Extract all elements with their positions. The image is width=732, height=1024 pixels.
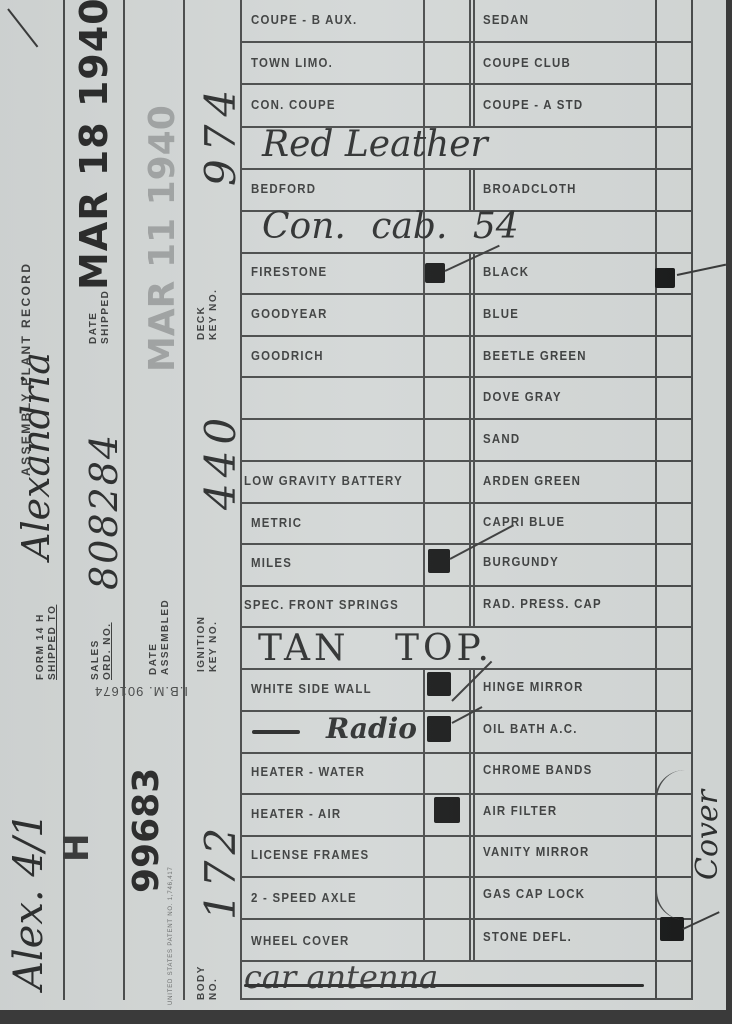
handwritten-upholstery: Red Leather xyxy=(262,124,488,165)
option-left-label: TOWN LIMO. xyxy=(251,55,333,70)
row-line xyxy=(240,998,693,1000)
strikethrough-mark xyxy=(252,730,300,734)
print-code-value: I.B.M. 901674 xyxy=(94,684,188,699)
row-line xyxy=(240,710,693,712)
serial-number: 99683 xyxy=(126,768,167,893)
right-margin-bracket xyxy=(655,770,687,920)
center-divider-a3 xyxy=(469,252,471,626)
option-left-label: FIRESTONE xyxy=(251,264,327,279)
option-left-label: COUPE - B AUX. xyxy=(251,12,357,27)
punch-mark-white-side-wall xyxy=(427,672,451,696)
option-right-label: BLACK xyxy=(483,264,529,279)
table-left-border xyxy=(240,0,242,1000)
option-right-label: BURGUNDY xyxy=(483,554,559,569)
row-line xyxy=(240,918,693,920)
center-divider-a xyxy=(469,0,471,126)
punch-mark-radio xyxy=(427,716,451,742)
row-line xyxy=(240,543,693,545)
sales-ord-no-text: 808284 xyxy=(82,433,126,590)
body-no-label: BODY NO. xyxy=(196,965,220,1000)
handwritten-body-type: Con. cab. 54 xyxy=(262,206,519,247)
print-code-text: I.B.M. 901674 xyxy=(94,684,188,699)
punch-mark-miles xyxy=(428,549,450,573)
pen-stroke xyxy=(683,911,720,930)
sales-ord-no-value: 808284 xyxy=(82,433,126,590)
shipped-to-value: Alexandria xyxy=(14,352,58,560)
option-right-label: SAND xyxy=(483,431,520,446)
ignition-key-label-2: KEY NO. xyxy=(208,616,220,672)
center-divider-b xyxy=(473,0,475,126)
options-table: COUPE - B AUX. SEDAN TOWN LIMO. COUPE CL… xyxy=(240,0,693,1000)
deck-key-no-value: 974 xyxy=(196,82,245,186)
option-right-label: DOVE GRAY xyxy=(483,389,562,404)
row-line xyxy=(240,585,693,587)
option-left-label: BEDFORD xyxy=(251,181,316,196)
option-left-label: METRIC xyxy=(251,515,302,530)
deck-key-no-label: DECK KEY NO. xyxy=(196,289,220,340)
row-line xyxy=(240,876,693,878)
row-line xyxy=(240,335,693,337)
option-right-label: RAD. PRESS. CAP xyxy=(483,596,602,611)
row-line xyxy=(240,293,693,295)
option-right-label: OIL BATH A.C. xyxy=(483,721,578,736)
option-right-label: AIR FILTER xyxy=(483,803,557,818)
body-no-value: 172 xyxy=(196,822,245,920)
row-line xyxy=(240,83,693,85)
body-no-label-2: NO. xyxy=(208,965,220,1000)
date-assembled-label-1: DATE xyxy=(148,599,160,675)
form-id-shipped-to-label: FORM 14 H SHIPPED TO xyxy=(35,605,59,680)
row-line xyxy=(240,168,693,170)
option-right-label: SEDAN xyxy=(483,12,529,27)
patent-text-value: UNITED STATES PATENT NO. 1,746,417 xyxy=(168,866,174,1005)
right-margin-note: Cover xyxy=(690,790,725,880)
handwritten-top: TAN TOP. xyxy=(258,628,493,669)
deck-key-no-text: 974 xyxy=(196,82,245,186)
pen-stroke xyxy=(677,264,726,276)
margin-note-text: Alex. 4/1 xyxy=(6,812,52,990)
row-line xyxy=(240,41,693,43)
option-right-label: COUPE - A STD xyxy=(483,97,583,112)
date-assembled-label: DATE ASSEMBLED xyxy=(148,599,172,675)
option-left-label: HEATER - WATER xyxy=(251,764,365,779)
option-left-label: GOODYEAR xyxy=(251,306,328,321)
sales-ord-label-2: ORD. NO. xyxy=(102,622,114,680)
strikethrough-line xyxy=(244,984,644,987)
option-right-label: GAS CAP LOCK xyxy=(483,886,585,901)
punch-mark-black xyxy=(655,268,675,288)
option-right-label: HINGE MIRROR xyxy=(483,679,584,694)
date-shipped-label-1: DATE xyxy=(88,290,100,344)
option-right-label: STONE DEFL. xyxy=(483,929,572,944)
ignition-key-no-label: IGNITION KEY NO. xyxy=(196,616,220,672)
center-divider-b2 xyxy=(473,168,475,210)
ignition-key-label-1: IGNITION xyxy=(196,616,208,672)
option-right-label: CAPRI BLUE xyxy=(483,514,565,529)
center-divider-a2 xyxy=(469,168,471,210)
option-left-label: GOODRICH xyxy=(251,348,324,363)
option-right-label: CHROME BANDS xyxy=(483,762,592,777)
sales-ord-label-1: SALES xyxy=(90,622,102,680)
form-id: FORM 14 H xyxy=(35,605,47,680)
date-assembled-label-2: ASSEMBLED xyxy=(160,599,172,675)
deck-key-label-2: KEY NO. xyxy=(208,289,220,340)
row-line xyxy=(240,460,693,462)
row-line xyxy=(240,752,693,754)
pen-stroke xyxy=(7,8,38,47)
model-letter: H xyxy=(57,834,97,862)
sales-ord-no-label: SALES ORD. NO. xyxy=(90,622,114,680)
date-assembled-text: MAR 11 1940 xyxy=(142,105,183,372)
option-right-label: COUPE CLUB xyxy=(483,55,571,70)
body-no-text: 172 xyxy=(196,822,245,920)
date-shipped-label: DATE SHIPPED xyxy=(88,290,112,344)
row-line xyxy=(240,376,693,378)
row-line xyxy=(240,835,693,837)
row-line xyxy=(240,418,693,420)
handwritten-struck-out: car antenna xyxy=(244,958,438,996)
punch-mark-firestone xyxy=(425,263,445,283)
body-no-label-1: BODY xyxy=(196,965,208,1000)
option-left-label: HEATER - AIR xyxy=(251,806,341,821)
date-assembled-stamp: MAR 11 1940 xyxy=(142,105,183,372)
row-line xyxy=(240,252,693,254)
option-right-label: BLUE xyxy=(483,306,519,321)
pen-stroke xyxy=(452,706,483,724)
option-left-label: SPEC. FRONT SPRINGS xyxy=(244,597,399,612)
ignition-key-no-value: 440 xyxy=(196,412,245,510)
punch-mark-stone-defl xyxy=(660,917,684,941)
center-divider-b3 xyxy=(473,252,475,626)
option-right-label: VANITY MIRROR xyxy=(483,844,589,859)
shipped-to-label: SHIPPED TO xyxy=(47,605,59,680)
deck-key-label-1: DECK xyxy=(196,289,208,340)
serial-number-text: 99683 xyxy=(126,768,167,893)
option-left-label: WHEEL COVER xyxy=(251,933,350,948)
handwritten-radio: Radio xyxy=(326,712,417,745)
option-left-label: CON. COUPE xyxy=(251,97,336,112)
left-box-divider xyxy=(423,0,425,626)
option-left-label: 2 - SPEED AXLE xyxy=(251,890,357,905)
margin-note: Alex. 4/1 xyxy=(6,812,52,990)
option-left-label: LOW GRAVITY BATTERY xyxy=(244,473,403,488)
patent-text: UNITED STATES PATENT NO. 1,746,417 xyxy=(168,866,174,1005)
option-right-label: BEETLE GREEN xyxy=(483,348,587,363)
ignition-key-no-text: 440 xyxy=(196,412,245,510)
option-left-label: WHITE SIDE WALL xyxy=(251,681,372,696)
shipped-to-text: Alexandria xyxy=(14,352,58,560)
row-line xyxy=(240,502,693,504)
date-shipped-text: MAR 18 1940 xyxy=(72,0,116,290)
option-right-label: BROADCLOTH xyxy=(483,181,577,196)
date-shipped-label-2: SHIPPED xyxy=(100,290,112,344)
option-left-label: MILES xyxy=(251,555,292,570)
punch-mark-heater-air xyxy=(434,797,460,823)
option-left-label: LICENSE FRAMES xyxy=(251,847,369,862)
option-right-label: ARDEN GREEN xyxy=(483,473,581,488)
row-line xyxy=(240,793,693,795)
right-margin-note-text: Cover xyxy=(690,790,725,880)
model-letter-text: H xyxy=(57,834,97,862)
assembly-plant-record-card: ASSEMBLY PLANT RECORD FORM 14 H SHIPPED … xyxy=(0,0,726,1010)
date-shipped-stamp: MAR 18 1940 xyxy=(72,0,116,290)
left-field-divider-3 xyxy=(183,0,185,1000)
